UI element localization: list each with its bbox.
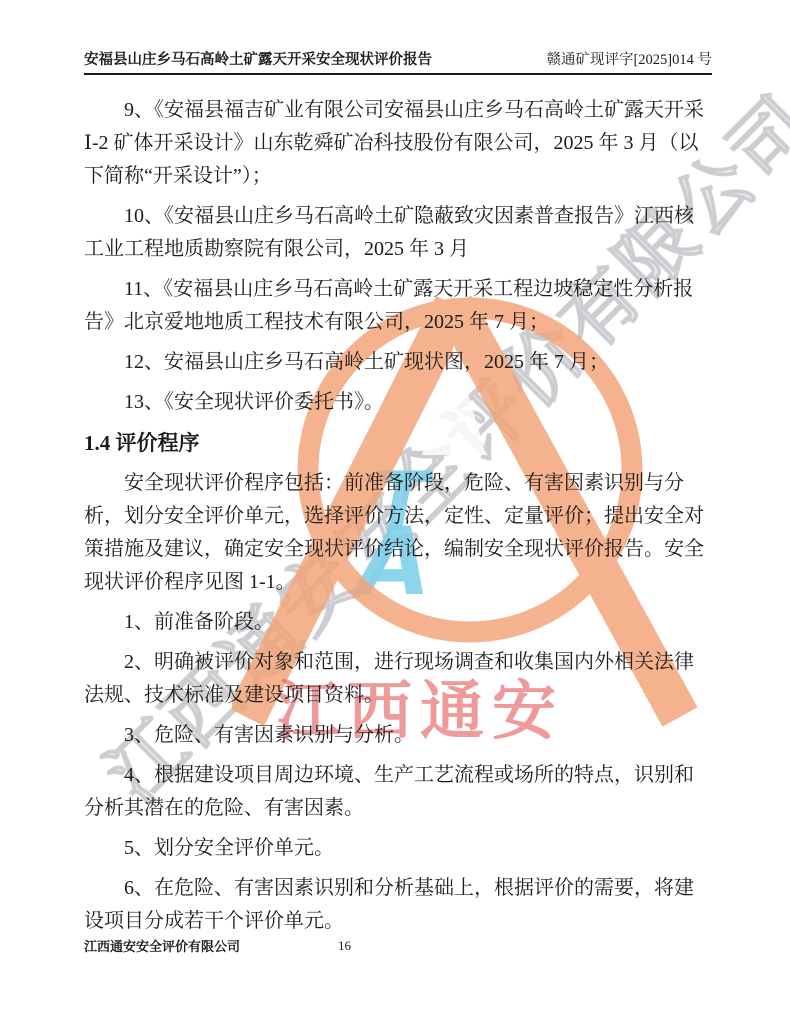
paragraph-step-2: 2、明确被评价对象和范围，进行现场调查和收集国内外相关法律法规、技术标准及建设项… bbox=[84, 646, 709, 712]
footer-page-number: 16 bbox=[338, 938, 351, 954]
header-rule bbox=[84, 73, 712, 75]
header-report-title: 安福县山庄乡马石高岭土矿露天开采安全现状评价报告 bbox=[84, 48, 432, 69]
paragraph-step-6: 6、在危险、有害因素识别和分析基础上，根据评价的需要，将建设项目分成若干个评价单… bbox=[84, 872, 709, 938]
paragraph-ref-11: 11、《安福县山庄乡马石高岭土矿露天开采工程边坡稳定性分析报告》北京爱地地质工程… bbox=[84, 273, 709, 339]
paragraph-step-1: 1、前准备阶段。 bbox=[84, 606, 709, 639]
paragraph-procedure-intro: 安全现状评价程序包括：前准备阶段，危险、有害因素识别与分析，划分安全评价单元，选… bbox=[84, 467, 709, 599]
paragraph-ref-10: 10、《安福县山庄乡马石高岭土矿隐蔽致灾因素普查报告》江西核工业工程地质勘察院有… bbox=[84, 200, 709, 266]
paragraph-ref-13: 13、《安全现状评价委托书》。 bbox=[84, 386, 709, 419]
document-body: 9、《安福县福吉矿业有限公司安福县山庄乡马石高岭土矿露天开采Ⅰ-2 矿体开采设计… bbox=[84, 94, 709, 945]
footer-company-name: 江西通安安全评价有限公司 bbox=[84, 936, 240, 955]
header-doc-number: 赣通矿现评字[2025]014 号 bbox=[546, 48, 712, 69]
paragraph-step-3: 3、危险、有害因素识别与分析。 bbox=[84, 719, 709, 752]
paragraph-step-4: 4、根据建设项目周边环境、生产工艺流程或场所的特点，识别和分析其潜在的危险、有害… bbox=[84, 759, 709, 825]
paragraph-ref-9: 9、《安福县福吉矿业有限公司安福县山庄乡马石高岭土矿露天开采Ⅰ-2 矿体开采设计… bbox=[84, 94, 709, 193]
paragraph-step-5: 5、划分安全评价单元。 bbox=[84, 832, 709, 865]
paragraph-ref-12: 12、安福县山庄乡马石高岭土矿现状图，2025 年 7 月； bbox=[84, 346, 709, 379]
page-header: 安福县山庄乡马石高岭土矿露天开采安全现状评价报告 赣通矿现评字[2025]014… bbox=[84, 48, 712, 69]
document-content: 安福县山庄乡马石高岭土矿露天开采安全现状评价报告 赣通矿现评字[2025]014… bbox=[0, 0, 790, 1022]
section-heading-1-4: 1.4 评价程序 bbox=[84, 426, 709, 460]
document-page: 江西通安安全评价有限公司 T A 江西通安 安福县山庄乡马石高岭土矿露天开采安全… bbox=[0, 0, 790, 1022]
